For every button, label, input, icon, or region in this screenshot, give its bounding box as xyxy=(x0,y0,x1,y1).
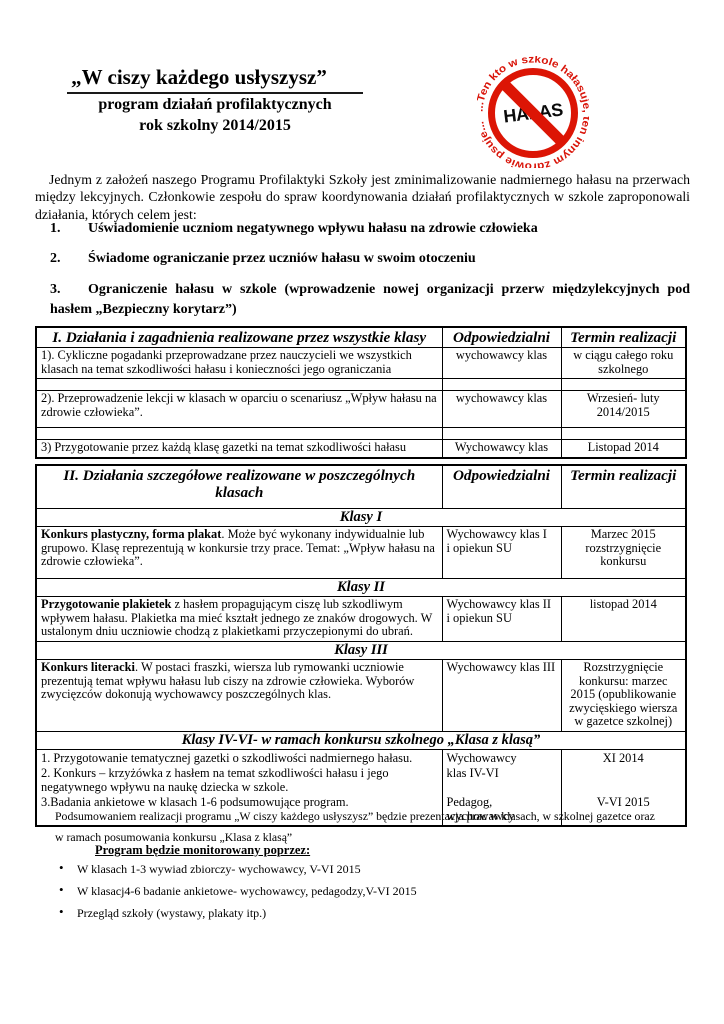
no-noise-logo: HAŁAS ...Ten kto w szkole hałasuje, ten … xyxy=(477,56,589,168)
class-band-label: Klasy IV-VI- w ramach konkursu szkolnego… xyxy=(36,732,686,750)
responsible-cell: wychowawcy klas xyxy=(442,391,561,428)
list-item: • W klasach 1-3 wywiad zbiorczy- wychowa… xyxy=(59,862,619,876)
class-band-label: Klasy II xyxy=(36,579,686,597)
table-row: 2). Przeprowadzenie lekcji w klasach w o… xyxy=(36,391,686,428)
table1-header-responsible: Odpowiedzialni xyxy=(442,327,561,348)
table2-header-responsible: Odpowiedzialni xyxy=(442,465,561,509)
spacer-row xyxy=(36,379,686,391)
class-band-kiv-vi: Klasy IV-VI- w ramach konkursu szkolnego… xyxy=(36,732,686,750)
intro-paragraph: Jednym z założeń naszego Programu Profil… xyxy=(35,171,690,223)
table2-header-deadline: Termin realizacji xyxy=(561,465,686,509)
table1-header-activities: I. Działania i zagadnienia realizowane p… xyxy=(36,327,442,348)
class-band-ki: Klasy I xyxy=(36,509,686,527)
bullet-text: W klasach 1-3 wywiad zbiorczy- wychowawc… xyxy=(77,862,361,876)
table-row: Konkurs literacki. W postaci fraszki, wi… xyxy=(36,660,686,732)
responsible-cell: Wychowawcy klas xyxy=(442,440,561,459)
table-row: Przygotowanie plakietek z hasłem propagu… xyxy=(36,597,686,642)
goals-list: 1. Uświadomienie uczniom negatywnego wpł… xyxy=(35,220,690,332)
deadline-cell: Rozstrzygnięcie konkursu: marzec 2015 (o… xyxy=(561,660,686,732)
class-band-label: Klasy III xyxy=(36,642,686,660)
activity-cell: Konkurs literacki. W postaci fraszki, wi… xyxy=(36,660,442,732)
monitoring-list: • W klasach 1-3 wywiad zbiorczy- wychowa… xyxy=(59,862,619,928)
table2-header-activities: II. Działania szczegółowe realizowane w … xyxy=(36,465,442,509)
class-band-kii: Klasy II xyxy=(36,579,686,597)
table1-header-deadline: Termin realizacji xyxy=(561,327,686,348)
table-row: 1). Cykliczne pogadanki przeprowadzane p… xyxy=(36,348,686,379)
spacer-row xyxy=(36,428,686,440)
activity-cell: Konkurs plastyczny, forma plakat. Może b… xyxy=(36,527,442,579)
summary-paragraph: Podsumowaniem realizacji programu „W cis… xyxy=(55,806,655,847)
table2-header-row: II. Działania szczegółowe realizowane w … xyxy=(36,465,686,509)
list-item: • Przegląd szkoły (wystawy, plakaty itp.… xyxy=(59,906,619,920)
responsible-cell: Wychowawcy klas III xyxy=(442,660,561,732)
bullet-icon: • xyxy=(59,861,64,875)
goal-text: Ograniczenie hałasu w szkole (wprowadzen… xyxy=(50,282,690,317)
activity-lead: Przygotowanie plakietek xyxy=(41,597,171,611)
document-subtitle-year: rok szkolny 2014/2015 xyxy=(35,115,395,136)
goal-text: Świadome ograniczanie przez uczniów hała… xyxy=(88,251,476,266)
list-item: • W klasacj4-6 badanie ankietowe- wychow… xyxy=(59,884,619,898)
document-page: HAŁAS ...Ten kto w szkole hałasuje, ten … xyxy=(0,0,724,1024)
table-specific-classes: II. Działania szczegółowe realizowane w … xyxy=(35,464,687,827)
table-row: Konkurs plastyczny, forma plakat. Może b… xyxy=(36,527,686,579)
goal-number: 3. xyxy=(50,280,61,300)
class-band-kiii: Klasy III xyxy=(36,642,686,660)
goal-text: Uświadomienie uczniom negatywnego wpływu… xyxy=(88,221,538,236)
deadline-cell: Listopad 2014 xyxy=(561,440,686,459)
document-title: „W ciszy każdego usłyszysz” xyxy=(67,64,363,94)
bullet-text: Przegląd szkoły (wystawy, plakaty itp.) xyxy=(77,906,266,920)
class-band-label: Klasy I xyxy=(36,509,686,527)
activity-cell: 2). Przeprowadzenie lekcji w klasach w o… xyxy=(36,391,442,428)
activity-cell: 1). Cykliczne pogadanki przeprowadzane p… xyxy=(36,348,442,379)
goal-number: 1. xyxy=(50,220,61,237)
monitoring-heading: Program będzie monitorowany poprzez: xyxy=(95,843,310,858)
goal-number: 2. xyxy=(50,250,61,267)
goal-item-1: 1. Uświadomienie uczniom negatywnego wpł… xyxy=(35,220,690,237)
activity-text: 1. Przygotowanie tematycznej gazetki o s… xyxy=(41,751,412,809)
bullet-icon: • xyxy=(59,883,64,897)
document-header: „W ciszy każdego usłyszysz” program dzia… xyxy=(35,64,395,136)
activity-cell: Przygotowanie plakietek z hasłem propagu… xyxy=(36,597,442,642)
responsible-cell: wychowawcy klas xyxy=(442,348,561,379)
deadline-cell: listopad 2014 xyxy=(561,597,686,642)
goal-item-2: 2. Świadome ograniczanie przez uczniów h… xyxy=(35,250,690,267)
activity-lead: Konkurs plastyczny, forma plakat xyxy=(41,527,221,541)
goal-item-3: 3. Ograniczenie hałasu w szkole (wprowad… xyxy=(35,280,690,319)
deadline-cell: Marzec 2015 rozstrzygnięcie konkursu xyxy=(561,527,686,579)
table-row: 3) Przygotowanie przez każdą klasę gazet… xyxy=(36,440,686,459)
deadline-cell: w ciągu całego roku szkolnego xyxy=(561,348,686,379)
responsible-cell: Wychowawcy klas II i opiekun SU xyxy=(442,597,561,642)
document-subtitle-program: program działań profilaktycznych xyxy=(35,94,395,115)
activity-cell: 3) Przygotowanie przez każdą klasę gazet… xyxy=(36,440,442,459)
bullet-icon: • xyxy=(59,905,64,919)
table-all-classes: I. Działania i zagadnienia realizowane p… xyxy=(35,326,687,459)
bullet-text: W klasacj4-6 badanie ankietowe- wychowaw… xyxy=(77,884,417,898)
activity-lead: Konkurs literacki xyxy=(41,660,135,674)
table1-header-row: I. Działania i zagadnienia realizowane p… xyxy=(36,327,686,348)
deadline-cell: Wrzesień- luty 2014/2015 xyxy=(561,391,686,428)
responsible-cell: Wychowawcy klas I i opiekun SU xyxy=(442,527,561,579)
